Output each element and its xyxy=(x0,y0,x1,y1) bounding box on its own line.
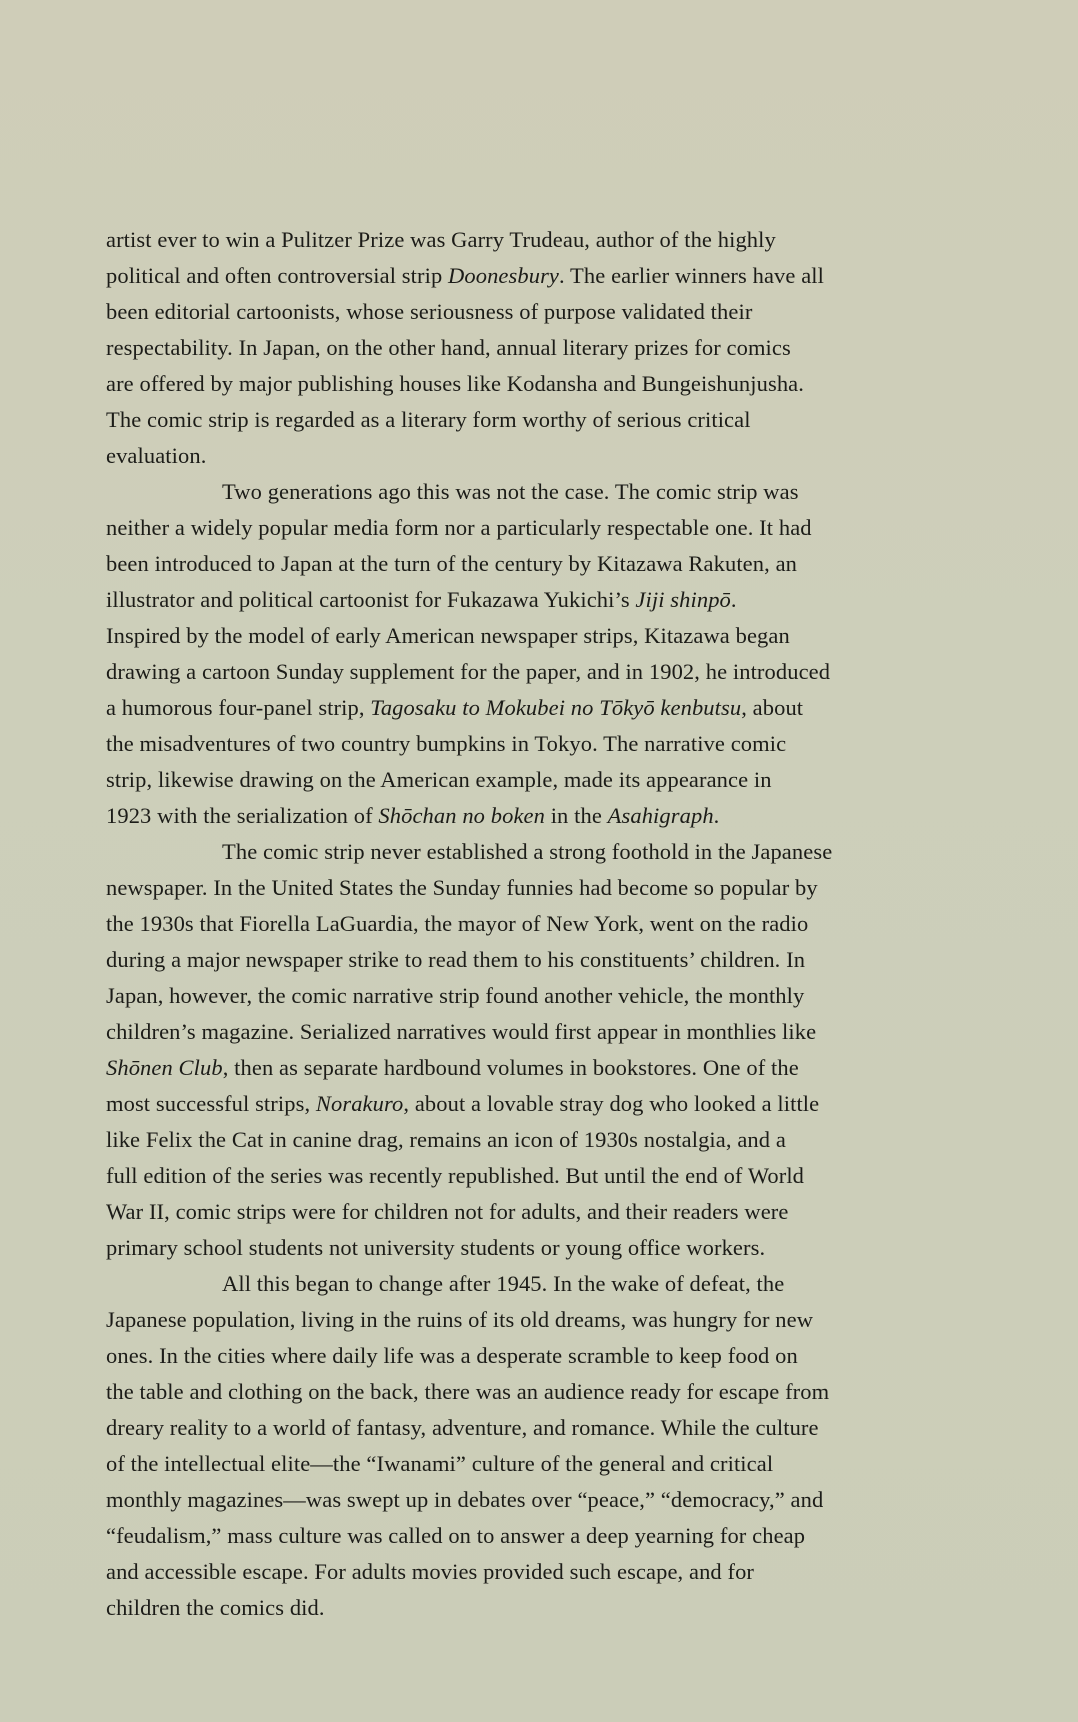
text-run: strip, likewise drawing on the American … xyxy=(106,767,772,792)
text-line: newspaper. In the United States the Sund… xyxy=(106,870,1006,906)
text-run: “feudalism,” mass culture was called on … xyxy=(106,1523,805,1548)
text-run: Two generations ago this was not the cas… xyxy=(222,479,799,504)
text-line: evaluation. xyxy=(106,438,1006,474)
text-line: illustrator and political cartoonist for… xyxy=(106,582,1006,618)
text-line: Japan, however, the comic narrative stri… xyxy=(106,978,1006,1014)
text-run: and accessible escape. For adults movies… xyxy=(106,1559,754,1584)
text-run: newspaper. In the United States the Sund… xyxy=(106,875,818,900)
paragraph: The comic strip never established a stro… xyxy=(106,834,1006,1266)
text-run: The comic strip never established a stro… xyxy=(222,839,832,864)
text-line: Two generations ago this was not the cas… xyxy=(106,474,1006,510)
text-line: the table and clothing on the back, ther… xyxy=(106,1374,1006,1410)
italic-title: Shōchan no boken xyxy=(378,803,545,828)
text-run: children the comics did. xyxy=(106,1595,325,1620)
text-line: War II, comic strips were for children n… xyxy=(106,1194,1006,1230)
text-line: and accessible escape. For adults movies… xyxy=(106,1554,1006,1590)
text-run: political and often controversial strip xyxy=(106,263,448,288)
text-run: evaluation. xyxy=(106,443,206,468)
text-line: the 1930s that Fiorella LaGuardia, the m… xyxy=(106,906,1006,942)
text-line: been editorial cartoonists, whose seriou… xyxy=(106,294,1006,330)
text-line: Shōnen Club, then as separate hardbound … xyxy=(106,1050,1006,1086)
text-line: political and often controversial strip … xyxy=(106,258,1006,294)
text-run: . xyxy=(714,803,720,828)
document-page: artist ever to win a Pulitzer Prize was … xyxy=(106,222,1006,1626)
text-line: Japanese population, living in the ruins… xyxy=(106,1302,1006,1338)
paragraph: artist ever to win a Pulitzer Prize was … xyxy=(106,222,1006,474)
text-line: full edition of the series was recently … xyxy=(106,1158,1006,1194)
text-line: children the comics did. xyxy=(106,1590,1006,1626)
text-run: War II, comic strips were for children n… xyxy=(106,1199,789,1224)
text-run: are offered by major publishing houses l… xyxy=(106,371,804,396)
text-run: , about xyxy=(741,695,803,720)
text-line: children’s magazine. Serialized narrativ… xyxy=(106,1014,1006,1050)
text-run: Japanese population, living in the ruins… xyxy=(106,1307,813,1332)
text-line: primary school students not university s… xyxy=(106,1230,1006,1266)
text-run: respectability. In Japan, on the other h… xyxy=(106,335,791,360)
text-line: artist ever to win a Pulitzer Prize was … xyxy=(106,222,1006,258)
paragraph: Two generations ago this was not the cas… xyxy=(106,474,1006,834)
text-run: 1923 with the serialization of xyxy=(106,803,378,828)
text-run: been editorial cartoonists, whose seriou… xyxy=(106,299,752,324)
text-run: drawing a cartoon Sunday supplement for … xyxy=(106,659,830,684)
text-run: All this began to change after 1945. In … xyxy=(222,1271,784,1296)
text-run: . xyxy=(731,587,737,612)
text-line: respectability. In Japan, on the other h… xyxy=(106,330,1006,366)
text-run: The comic strip is regarded as a literar… xyxy=(106,407,751,432)
italic-title: Norakuro xyxy=(316,1091,403,1116)
text-run: the 1930s that Fiorella LaGuardia, the m… xyxy=(106,911,808,936)
text-line: during a major newspaper strike to read … xyxy=(106,942,1006,978)
text-run: during a major newspaper strike to read … xyxy=(106,947,805,972)
paragraph: All this began to change after 1945. In … xyxy=(106,1266,1006,1626)
text-line: neither a widely popular media form nor … xyxy=(106,510,1006,546)
text-run: neither a widely popular media form nor … xyxy=(106,515,812,540)
text-line: most successful strips, Norakuro, about … xyxy=(106,1086,1006,1122)
text-run: in the xyxy=(545,803,608,828)
text-line: strip, likewise drawing on the American … xyxy=(106,762,1006,798)
text-run: like Felix the Cat in canine drag, remai… xyxy=(106,1127,786,1152)
text-line: ones. In the cities where daily life was… xyxy=(106,1338,1006,1374)
text-line: like Felix the Cat in canine drag, remai… xyxy=(106,1122,1006,1158)
text-run: full edition of the series was recently … xyxy=(106,1163,804,1188)
body-text: artist ever to win a Pulitzer Prize was … xyxy=(106,222,1006,1626)
text-run: the table and clothing on the back, ther… xyxy=(106,1379,829,1404)
text-run: Japan, however, the comic narrative stri… xyxy=(106,983,804,1008)
italic-title: Tagosaku to Mokubei no Tōkyō kenbutsu xyxy=(370,695,741,720)
text-line: dreary reality to a world of fantasy, ad… xyxy=(106,1410,1006,1446)
italic-title: Jiji shinpō xyxy=(635,587,730,612)
text-run: , then as separate hardbound volumes in … xyxy=(223,1055,799,1080)
text-line: The comic strip is regarded as a literar… xyxy=(106,402,1006,438)
text-run: , about a lovable stray dog who looked a… xyxy=(403,1091,819,1116)
text-line: The comic strip never established a stro… xyxy=(106,834,1006,870)
text-line: are offered by major publishing houses l… xyxy=(106,366,1006,402)
italic-title: Doonesbury xyxy=(448,263,559,288)
text-run: Inspired by the model of early American … xyxy=(106,623,790,648)
text-line: “feudalism,” mass culture was called on … xyxy=(106,1518,1006,1554)
text-run: most successful strips, xyxy=(106,1091,316,1116)
italic-title: Asahigraph xyxy=(608,803,714,828)
text-line: All this began to change after 1945. In … xyxy=(106,1266,1006,1302)
text-line: Inspired by the model of early American … xyxy=(106,618,1006,654)
text-run: primary school students not university s… xyxy=(106,1235,765,1260)
text-line: of the intellectual elite—the “Iwanami” … xyxy=(106,1446,1006,1482)
text-run: artist ever to win a Pulitzer Prize was … xyxy=(106,227,776,252)
text-line: drawing a cartoon Sunday supplement for … xyxy=(106,654,1006,690)
text-run: ones. In the cities where daily life was… xyxy=(106,1343,798,1368)
text-run: illustrator and political cartoonist for… xyxy=(106,587,635,612)
text-run: the misadventures of two country bumpkin… xyxy=(106,731,786,756)
text-line: a humorous four-panel strip, Tagosaku to… xyxy=(106,690,1006,726)
text-run: been introduced to Japan at the turn of … xyxy=(106,551,797,576)
text-run: a humorous four-panel strip, xyxy=(106,695,370,720)
text-line: monthly magazines—was swept up in debate… xyxy=(106,1482,1006,1518)
text-line: the misadventures of two country bumpkin… xyxy=(106,726,1006,762)
text-line: been introduced to Japan at the turn of … xyxy=(106,546,1006,582)
text-run: children’s magazine. Serialized narrativ… xyxy=(106,1019,816,1044)
text-run: monthly magazines—was swept up in debate… xyxy=(106,1487,823,1512)
text-run: of the intellectual elite—the “Iwanami” … xyxy=(106,1451,773,1476)
text-line: 1923 with the serialization of Shōchan n… xyxy=(106,798,1006,834)
italic-title: Shōnen Club xyxy=(106,1055,223,1080)
text-run: dreary reality to a world of fantasy, ad… xyxy=(106,1415,819,1440)
text-run: . The earlier winners have all xyxy=(559,263,824,288)
